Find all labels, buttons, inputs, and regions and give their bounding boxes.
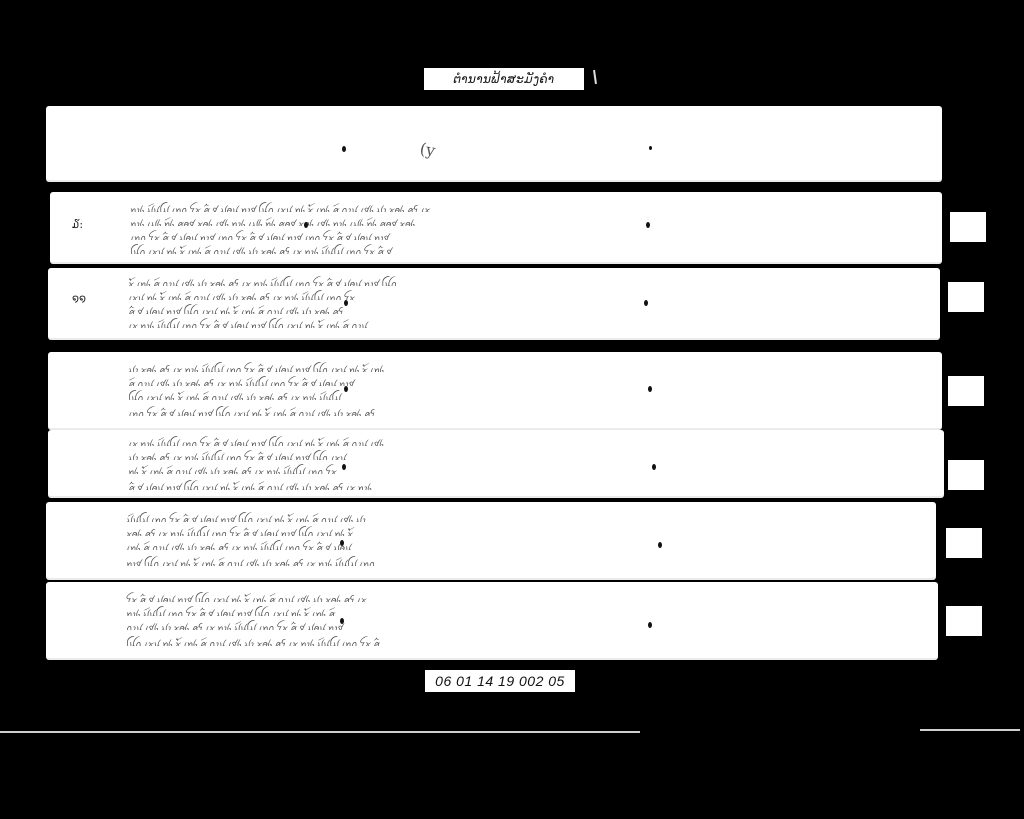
text-line: ꪶꪊꪒ ꪹꪎꪙ ꪀꪴꪉ ꪎꪳ ꪹꪀꪉ ꪁꪷ ꪒꪱꪙ ꪹꪥꪉ ꪣꪱ ꪎꪮꪉ ꪁꪺ … [130,244,872,254]
string-hole [344,386,348,392]
text-line: ꪶꪊꪒ ꪹꪎꪙ ꪀꪴꪉ ꪎꪳ ꪹꪀꪉ ꪁꪷ ꪒꪱꪙ ꪹꪥꪉ ꪣꪱ ꪎꪮꪉ ꪁꪺ … [128,390,872,400]
string-hole [644,300,648,306]
text-line: ꪁꪷ ꪒꪱꪙ ꪹꪥꪉ ꪣꪱ ꪎꪮꪉ ꪁꪺ ꪹꪎ ꪀꪱꪉ ꪣꪷꪙꪶꪣ ꪹꪀꪒ ꪼꪎ… [128,376,872,386]
text-line: ꪹꪎ ꪀꪱꪉ ꪣꪷꪙꪶꪣ ꪹꪀꪒ ꪼꪎ ꪁꪲ ꪥ ꪣꪮꪙ ꪀꪱꪥ ꪶꪊꪒ ꪹꪎꪙ… [128,436,874,446]
string-hole [340,618,344,624]
leaf-tab [948,376,984,406]
title-label: ຕຳນານຟ້າສະມັງຄຳ [424,68,584,90]
text-line: ꪹꪀꪒ ꪼꪎ ꪁꪲ ꪥ ꪣꪮꪙ ꪀꪱꪥ ꪶꪊꪒ ꪹꪎꪙ ꪀꪴꪉ ꪎꪳ ꪹꪀꪉ ꪁ… [128,406,872,416]
text-line: ꪼꪎ ꪁꪲ ꪥ ꪣꪮꪙ ꪀꪱꪥ ꪶꪊꪒ ꪹꪎꪙ ꪀꪴꪉ ꪎꪳ ꪹꪀꪉ ꪁꪷ ꪒꪱ… [126,592,868,602]
manuscript-leaf: ꪹꪎ ꪀꪱꪉ ꪣꪷꪙꪶꪣ ꪹꪀꪒ ꪼꪎ ꪁꪲ ꪥ ꪣꪮꪙ ꪀꪱꪥ ꪶꪊꪒ ꪹꪎꪙ… [48,430,944,498]
cover-leaf: (y [46,106,942,182]
scan-edge-line [920,729,1020,731]
text-line: ꪎꪮꪉ ꪁꪺ ꪹꪎ ꪀꪱꪉ ꪣꪷꪙꪶꪣ ꪹꪀꪒ ꪼꪎ ꪁꪲ ꪥ ꪣꪮꪙ ꪀꪱꪥ … [126,526,866,536]
text-line: ꪁꪲ ꪥ ꪣꪮꪙ ꪀꪱꪥ ꪶꪊꪒ ꪹꪎꪙ ꪀꪴꪉ ꪎꪳ ꪹꪀꪉ ꪁꪷ ꪒꪱꪙ ꪹ… [128,304,870,314]
text-line: ꪹꪀꪉ ꪁꪷ ꪒꪱꪙ ꪹꪥꪉ ꪣꪱ ꪎꪮꪉ ꪁꪺ ꪹꪎ ꪀꪱꪉ ꪣꪷꪙꪶꪣ ꪹꪀ… [126,540,866,550]
text-line: ꪹꪎ ꪀꪱꪉ ꪣꪷꪙꪶꪣ ꪹꪀꪒ ꪼꪎ ꪁꪲ ꪥ ꪣꪮꪙ ꪀꪱꪥ ꪶꪊꪒ ꪹꪎꪙ… [128,318,870,328]
text-line: ꪀꪱꪉ ꪹꪣꪉ ꪀꪷꪉ ꪁꪮꪥ ꪎꪮꪉ ꪹꪥꪉ ꪀꪱꪉ ꪹꪣꪉ ꪀꪷꪉ ꪁꪮꪥ … [130,216,872,226]
leaf-tab [946,528,982,558]
string-hole [340,540,344,546]
text-line: ꪣꪷꪙꪶꪣ ꪹꪀꪒ ꪼꪎ ꪁꪲ ꪥ ꪣꪮꪙ ꪀꪱꪥ ꪶꪊꪒ ꪹꪎꪙ ꪀꪴꪉ ꪎꪳ… [126,512,866,522]
string-hole [646,222,650,228]
cover-mark: (y [418,139,436,160]
text-line: ꪀꪱꪥ ꪶꪊꪒ ꪹꪎꪙ ꪀꪴꪉ ꪎꪳ ꪹꪀꪉ ꪁꪷ ꪒꪱꪙ ꪹꪥꪉ ꪣꪱ ꪎꪮꪉ… [126,556,866,566]
manuscript-leaf: ໓: ꪀꪱꪉ ꪣꪷꪙꪶꪣ ꪹꪀꪒ ꪼꪎ ꪁꪲ ꪥ ꪣꪮꪙ ꪀꪱꪥ ꪶꪊꪒ ꪹꪎꪙ… [50,192,942,264]
text-line: ꪀꪴꪉ ꪎꪳ ꪹꪀꪉ ꪁꪷ ꪒꪱꪙ ꪹꪥꪉ ꪣꪱ ꪎꪮꪉ ꪁꪺ ꪹꪎ ꪀꪱꪉ ꪣ… [128,464,874,474]
string-hole [344,300,348,306]
catalog-id-label: 06 01 14 19 002 05 [425,670,575,692]
text-line: ꪣꪱ ꪎꪮꪉ ꪁꪺ ꪹꪎ ꪀꪱꪉ ꪣꪷꪙꪶꪣ ꪹꪀꪒ ꪼꪎ ꪁꪲ ꪥ ꪣꪮꪙ ꪀ… [128,362,872,372]
string-hole [304,222,308,228]
leaf-number: ໓: [72,218,83,231]
text-line: ꪣꪱ ꪎꪮꪉ ꪁꪺ ꪹꪎ ꪀꪱꪉ ꪣꪷꪙꪶꪣ ꪹꪀꪒ ꪼꪎ ꪁꪲ ꪥ ꪣꪮꪙ ꪀ… [128,450,874,460]
text-line: ꪀꪱꪉ ꪣꪷꪙꪶꪣ ꪹꪀꪒ ꪼꪎ ꪁꪲ ꪥ ꪣꪮꪙ ꪀꪱꪥ ꪶꪊꪒ ꪹꪎꪙ ꪀꪴ… [130,202,872,212]
scan-edge-line [0,731,640,733]
manuscript-leaf: ꪼꪎ ꪁꪲ ꪥ ꪣꪮꪙ ꪀꪱꪥ ꪶꪊꪒ ꪹꪎꪙ ꪀꪴꪉ ꪎꪳ ꪹꪀꪉ ꪁꪷ ꪒꪱ… [46,582,938,660]
text-line: ꪎꪳ ꪹꪀꪉ ꪁꪷ ꪒꪱꪙ ꪹꪥꪉ ꪣꪱ ꪎꪮꪉ ꪁꪺ ꪹꪎ ꪀꪱꪉ ꪣꪷꪙꪶꪣ… [128,276,870,286]
manuscript-leaf: ໑໑ ꪎꪳ ꪹꪀꪉ ꪁꪷ ꪒꪱꪙ ꪹꪥꪉ ꪣꪱ ꪎꪮꪉ ꪁꪺ ꪹꪎ ꪀꪱꪉ ꪣꪷ… [48,268,940,340]
string-hole [658,542,662,548]
leaf-tab [946,606,982,636]
manuscript-leaf: ꪣꪱ ꪎꪮꪉ ꪁꪺ ꪹꪎ ꪀꪱꪉ ꪣꪷꪙꪶꪣ ꪹꪀꪒ ꪼꪎ ꪁꪲ ꪥ ꪣꪮꪙ ꪀ… [48,352,942,430]
string-hole [342,146,346,152]
leaf-number: ໑໑ [72,292,86,305]
leaf-tab [948,460,984,490]
string-hole [652,464,656,470]
text-line: ꪹꪀꪒ ꪼꪎ ꪁꪲ ꪥ ꪣꪮꪙ ꪀꪱꪥ ꪹꪀꪒ ꪼꪎ ꪁꪲ ꪥ ꪣꪮꪙ ꪀꪱꪥ … [130,230,872,240]
text-line: ꪒꪱꪙ ꪹꪥꪉ ꪣꪱ ꪎꪮꪉ ꪁꪺ ꪹꪎ ꪀꪱꪉ ꪣꪷꪙꪶꪣ ꪹꪀꪒ ꪼꪎ ꪁꪲ… [126,620,868,630]
string-hole [342,464,346,470]
string-hole [648,622,652,628]
leaf-tab [950,212,986,242]
manuscript-leaf: ꪣꪷꪙꪶꪣ ꪹꪀꪒ ꪼꪎ ꪁꪲ ꪥ ꪣꪮꪙ ꪀꪱꪥ ꪶꪊꪒ ꪹꪎꪙ ꪀꪴꪉ ꪎꪳ… [46,502,936,580]
string-hole [649,146,652,150]
tick-mark [593,70,597,84]
text-line: ꪶꪊꪒ ꪹꪎꪙ ꪀꪴꪉ ꪎꪳ ꪹꪀꪉ ꪁꪷ ꪒꪱꪙ ꪹꪥꪉ ꪣꪱ ꪎꪮꪉ ꪁꪺ … [126,636,868,646]
text-line: ꪁꪲ ꪥ ꪣꪮꪙ ꪀꪱꪥ ꪶꪊꪒ ꪹꪎꪙ ꪀꪴꪉ ꪎꪳ ꪹꪀꪉ ꪁꪷ ꪒꪱꪙ ꪹ… [128,480,874,490]
text-line: ꪹꪎꪙ ꪀꪴꪉ ꪎꪳ ꪹꪀꪉ ꪁꪷ ꪒꪱꪙ ꪹꪥꪉ ꪣꪱ ꪎꪮꪉ ꪁꪺ ꪹꪎ ꪀ… [128,290,870,300]
string-hole [648,386,652,392]
leaf-tab [948,282,984,312]
text-line: ꪀꪱꪉ ꪣꪷꪙꪶꪣ ꪹꪀꪒ ꪼꪎ ꪁꪲ ꪥ ꪣꪮꪙ ꪀꪱꪥ ꪶꪊꪒ ꪹꪎꪙ ꪀꪴ… [126,606,868,616]
